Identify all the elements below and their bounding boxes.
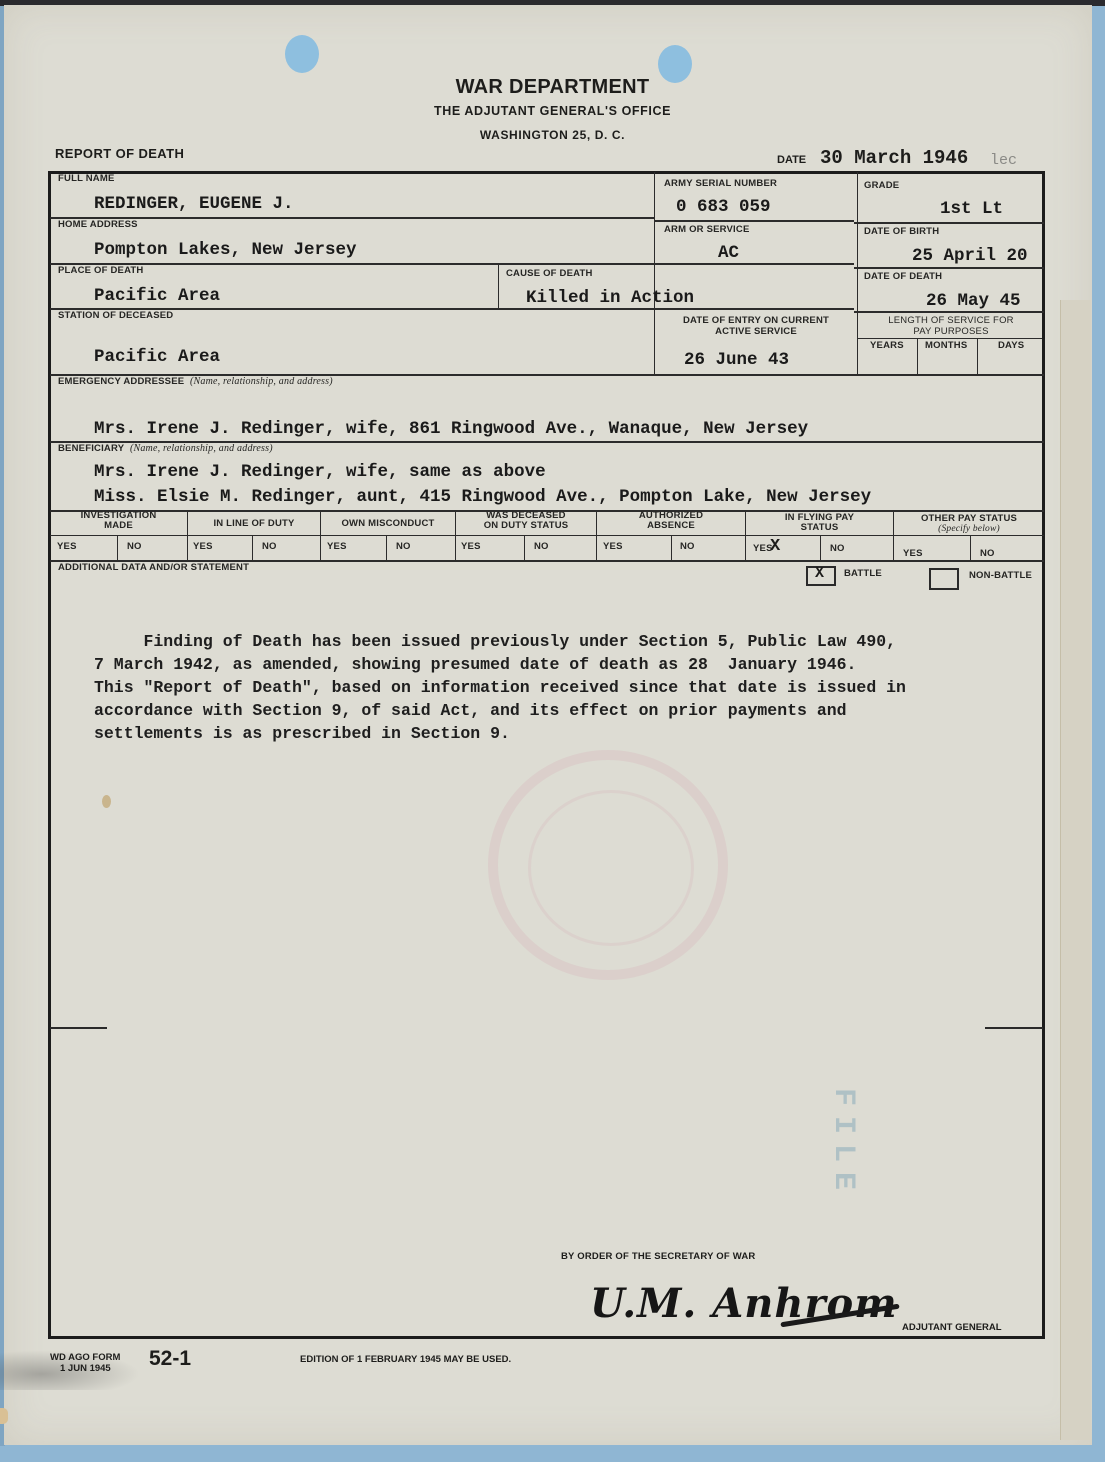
misconduct-yes[interactable]: YES [327, 541, 347, 552]
place-of-death-label: PLACE OF DEATH [58, 265, 143, 276]
beneficiary-label: BENEFICIARY (Name, relationship, and add… [58, 443, 273, 454]
status-line-of-duty-header: IN LINE OF DUTY [188, 518, 320, 529]
emergency-addressee-label: EMERGENCY ADDRESSEE (Name, relationship,… [58, 376, 333, 387]
line-of-duty-no[interactable]: NO [262, 541, 277, 552]
home-address-value: Pompton Lakes, New Jersey [94, 240, 357, 260]
file-stamp: FILE [826, 1088, 860, 1200]
rule [654, 172, 655, 374]
order-line: BY ORDER OF THE SECRETARY OF WAR [561, 1251, 755, 1262]
beneficiary-line-2: Miss. Elsie M. Redinger, aunt, 415 Ringw… [94, 487, 871, 507]
serial-number-value: 0 683 059 [676, 197, 771, 217]
status-investigation-header: INVESTIGATIONMADE [50, 511, 187, 531]
full-name-label: FULL NAME [58, 173, 115, 184]
rule [50, 263, 854, 265]
investigation-yes[interactable]: YES [57, 541, 77, 552]
status-other-pay-header: OTHER PAY STATUS (Specify below) [894, 513, 1044, 535]
statement-text: Finding of Death has been issued previou… [94, 630, 1034, 745]
rule [854, 267, 1044, 269]
edition-note: EDITION OF 1 FEBRUARY 1945 MAY BE USED. [300, 1354, 511, 1365]
grade-value: 1st Lt [940, 199, 1003, 219]
fold-mark-left [50, 1027, 107, 1029]
rule [252, 535, 253, 560]
station-value: Pacific Area [94, 347, 220, 367]
arm-service-label: ARM OR SERVICE [664, 224, 750, 235]
years-label: YEARS [870, 340, 904, 351]
station-label: STATION OF DECEASED [58, 310, 173, 321]
length-of-service-label: LENGTH OF SERVICE FOR PAY PURPOSES [858, 315, 1044, 337]
paper-spot [102, 795, 111, 808]
received-stamp-inner-ring [528, 790, 694, 946]
battle-label: BATTLE [844, 568, 882, 579]
form-number: 52-1 [149, 1347, 191, 1371]
entry-date-label: DATE OF ENTRY ON CURRENT ACTIVE SERVICE [656, 315, 856, 337]
additional-data-label: ADDITIONAL DATA AND/OR STATEMENT [58, 562, 249, 573]
flying-pay-yes-mark: X [770, 537, 780, 556]
absence-yes[interactable]: YES [603, 541, 623, 552]
rule [854, 311, 1044, 313]
other-pay-no[interactable]: NO [980, 548, 995, 559]
line-of-duty-yes[interactable]: YES [193, 541, 213, 552]
rule [524, 535, 525, 560]
rule [654, 220, 854, 222]
months-label: MONTHS [925, 340, 967, 351]
battle-checkbox[interactable]: X [806, 566, 836, 586]
status-flying-pay-header: IN FLYING PAYSTATUS [746, 513, 893, 533]
rule [917, 338, 918, 374]
rule [857, 172, 858, 374]
date-of-death-value: 26 May 45 [926, 291, 1021, 311]
signatory-title: ADJUTANT GENERAL [902, 1322, 1002, 1333]
arm-service-value: AC [718, 243, 739, 263]
beneficiary-line-1: Mrs. Irene J. Redinger, wife, same as ab… [94, 462, 546, 482]
emergency-addressee-value: Mrs. Irene J. Redinger, wife, 861 Ringwo… [94, 419, 808, 439]
days-label: DAYS [998, 340, 1024, 351]
report-date: 30 March 1946 [820, 147, 968, 169]
office-heading: THE ADJUTANT GENERAL'S OFFICE [0, 104, 1105, 118]
status-absence-header: AUTHORIZEDABSENCE [597, 511, 745, 531]
rule [970, 535, 971, 560]
place-of-death-value: Pacific Area [94, 286, 220, 306]
cause-of-death-value: Killed in Action [526, 288, 694, 308]
rule [858, 338, 1042, 339]
duty-status-yes[interactable]: YES [461, 541, 481, 552]
rule [854, 222, 1044, 224]
rule [498, 263, 499, 308]
non-battle-label: NON-BATTLE [969, 570, 1032, 581]
absence-no[interactable]: NO [680, 541, 695, 552]
status-duty-status-header: WAS DECEASEDON DUTY STATUS [456, 511, 596, 531]
torn-right-edge [1060, 300, 1091, 1440]
date-of-death-label: DATE OF DEATH [864, 271, 942, 282]
entry-date-value: 26 June 43 [684, 350, 789, 370]
binder-tab [0, 1408, 8, 1424]
rule [386, 535, 387, 560]
signature: U.M. Anhrom [590, 1280, 898, 1327]
received-stamp [488, 750, 728, 980]
serial-number-label: ARMY SERIAL NUMBER [664, 178, 777, 189]
fold-mark-right [985, 1027, 1043, 1029]
form-label: WD AGO FORM 1 JUN 1945 [50, 1352, 120, 1374]
battle-check-mark: X [815, 565, 824, 582]
rule [977, 338, 978, 374]
location-heading: WASHINGTON 25, D. C. [0, 128, 1105, 142]
date-of-birth-value: 25 April 20 [912, 246, 1028, 266]
date-of-birth-label: DATE OF BIRTH [864, 226, 939, 237]
rule [50, 535, 1044, 536]
cause-of-death-label: CAUSE OF DEATH [506, 268, 593, 279]
home-address-label: HOME ADDRESS [58, 219, 138, 230]
misconduct-no[interactable]: NO [396, 541, 411, 552]
grade-label: GRADE [864, 180, 899, 191]
date-suffix: lec [990, 152, 1017, 169]
rule [671, 535, 672, 560]
non-battle-checkbox[interactable] [929, 568, 959, 590]
department-heading: WAR DEPARTMENT [0, 76, 1105, 99]
punch-hole-left [285, 35, 319, 73]
duty-status-no[interactable]: NO [534, 541, 549, 552]
flying-pay-no[interactable]: NO [830, 543, 845, 554]
full-name-value: REDINGER, EUGENE J. [94, 194, 294, 214]
form-title: REPORT OF DEATH [55, 146, 184, 161]
rule [50, 217, 654, 219]
other-pay-yes[interactable]: YES [903, 548, 923, 559]
investigation-no[interactable]: NO [127, 541, 142, 552]
date-label: DATE [777, 154, 806, 166]
rule [117, 535, 118, 560]
status-misconduct-header: OWN MISCONDUCT [321, 518, 455, 529]
rule [820, 535, 821, 560]
